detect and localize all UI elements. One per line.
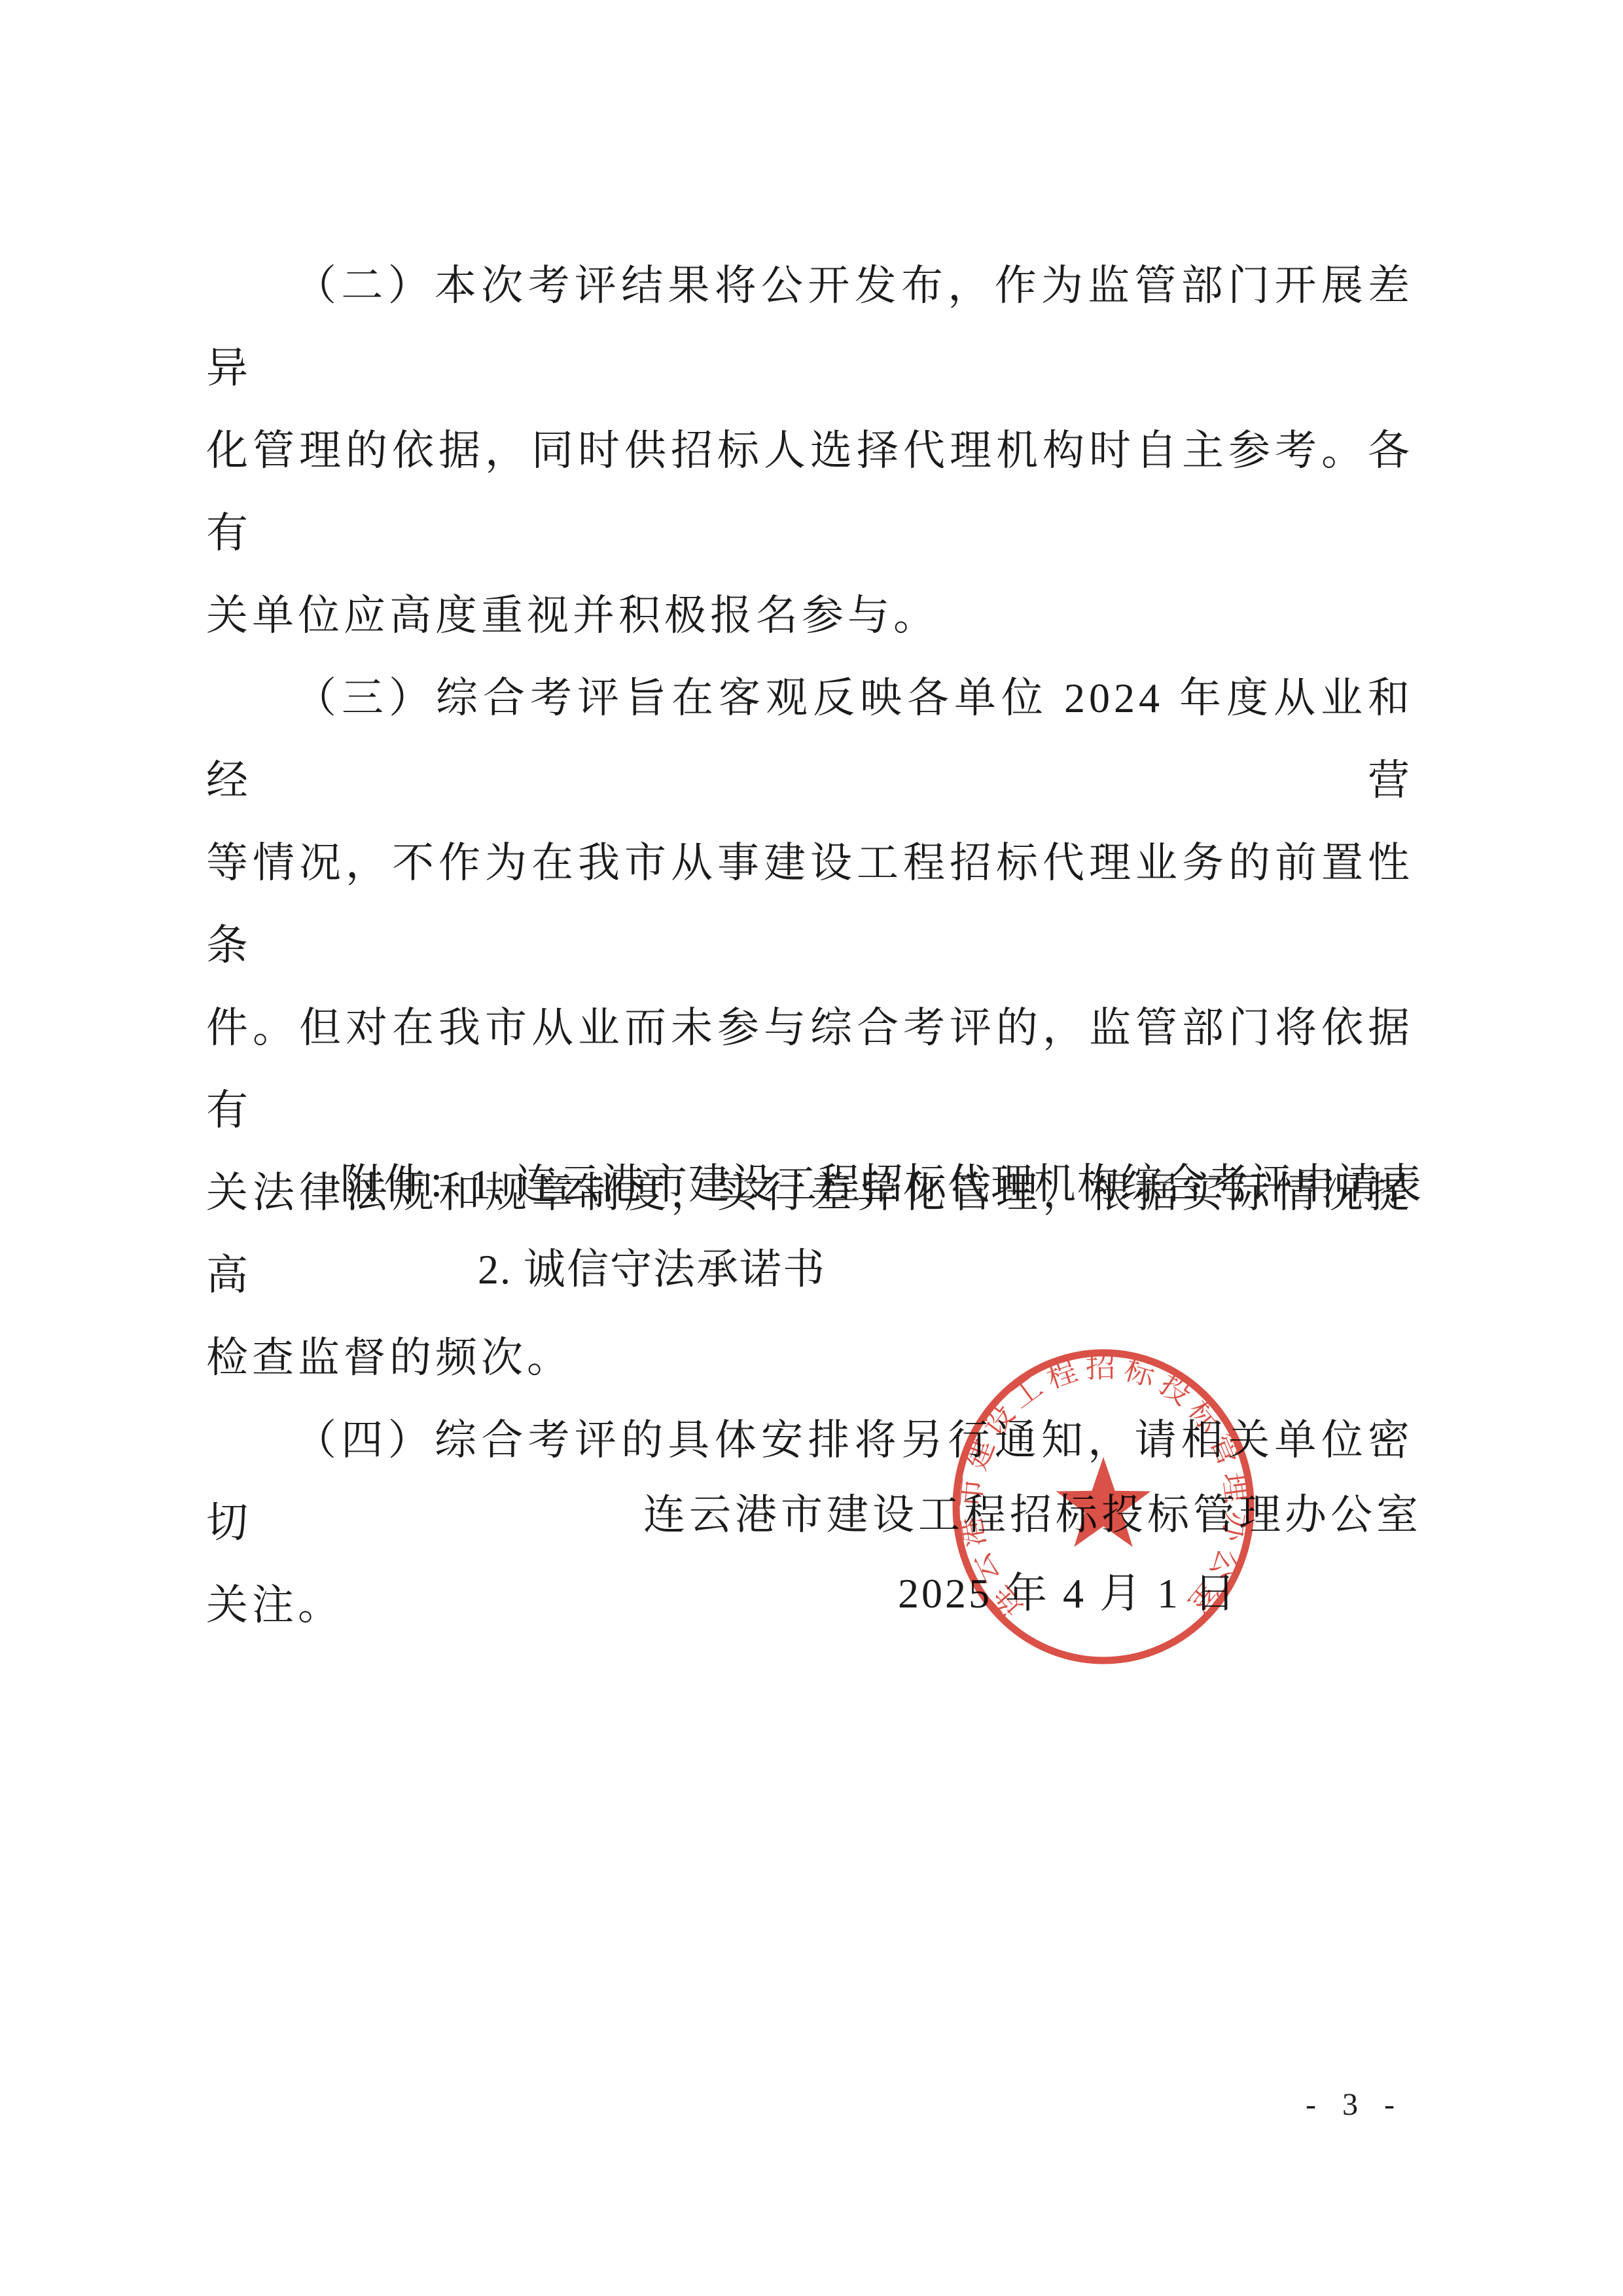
attachment-item-2: 2. 诚信守法承诺书	[478, 1246, 826, 1293]
text-line: 化管理的依据，同时供招标人选择代理机构时自主参考。各有	[206, 410, 1414, 575]
page-number: - 3 -	[1270, 2082, 1440, 2128]
text-line: 关单位应高度重视并积极报名参与。	[206, 575, 1414, 657]
attachment-item: 附件：1. 连云港市建设工程招标代理机构综合考评申请表	[340, 1142, 1423, 1227]
attachment-item: 2. 诚信守法承诺书	[340, 1227, 1423, 1312]
text-line: （三）综合考评旨在客观反映各单位 2024 年度从业和经营	[206, 657, 1414, 822]
text-line: 件。但对在我市从业而未参与综合考评的，监管部门将依据有	[206, 987, 1414, 1152]
official-seal: 连云港市建设工程招标投标管理办公室	[943, 1335, 1264, 1676]
attachment-item-1: 1. 连云港市建设工程招标代理机构综合考评申请表	[470, 1161, 1423, 1208]
attachments-label: 附件：	[340, 1161, 470, 1208]
text-line: 等情况，不作为在我市从事建设工程招标代理业务的前置性条	[206, 822, 1414, 987]
text-line: （二）本次考评结果将公开发布，作为监管部门开展差异	[206, 245, 1414, 410]
star-icon	[1056, 1457, 1151, 1547]
document-page: （二）本次考评结果将公开发布，作为监管部门开展差异 化管理的依据，同时供招标人选…	[0, 0, 1623, 2296]
attachments-block: 附件：1. 连云港市建设工程招标代理机构综合考评申请表 2. 诚信守法承诺书	[340, 1142, 1423, 1312]
